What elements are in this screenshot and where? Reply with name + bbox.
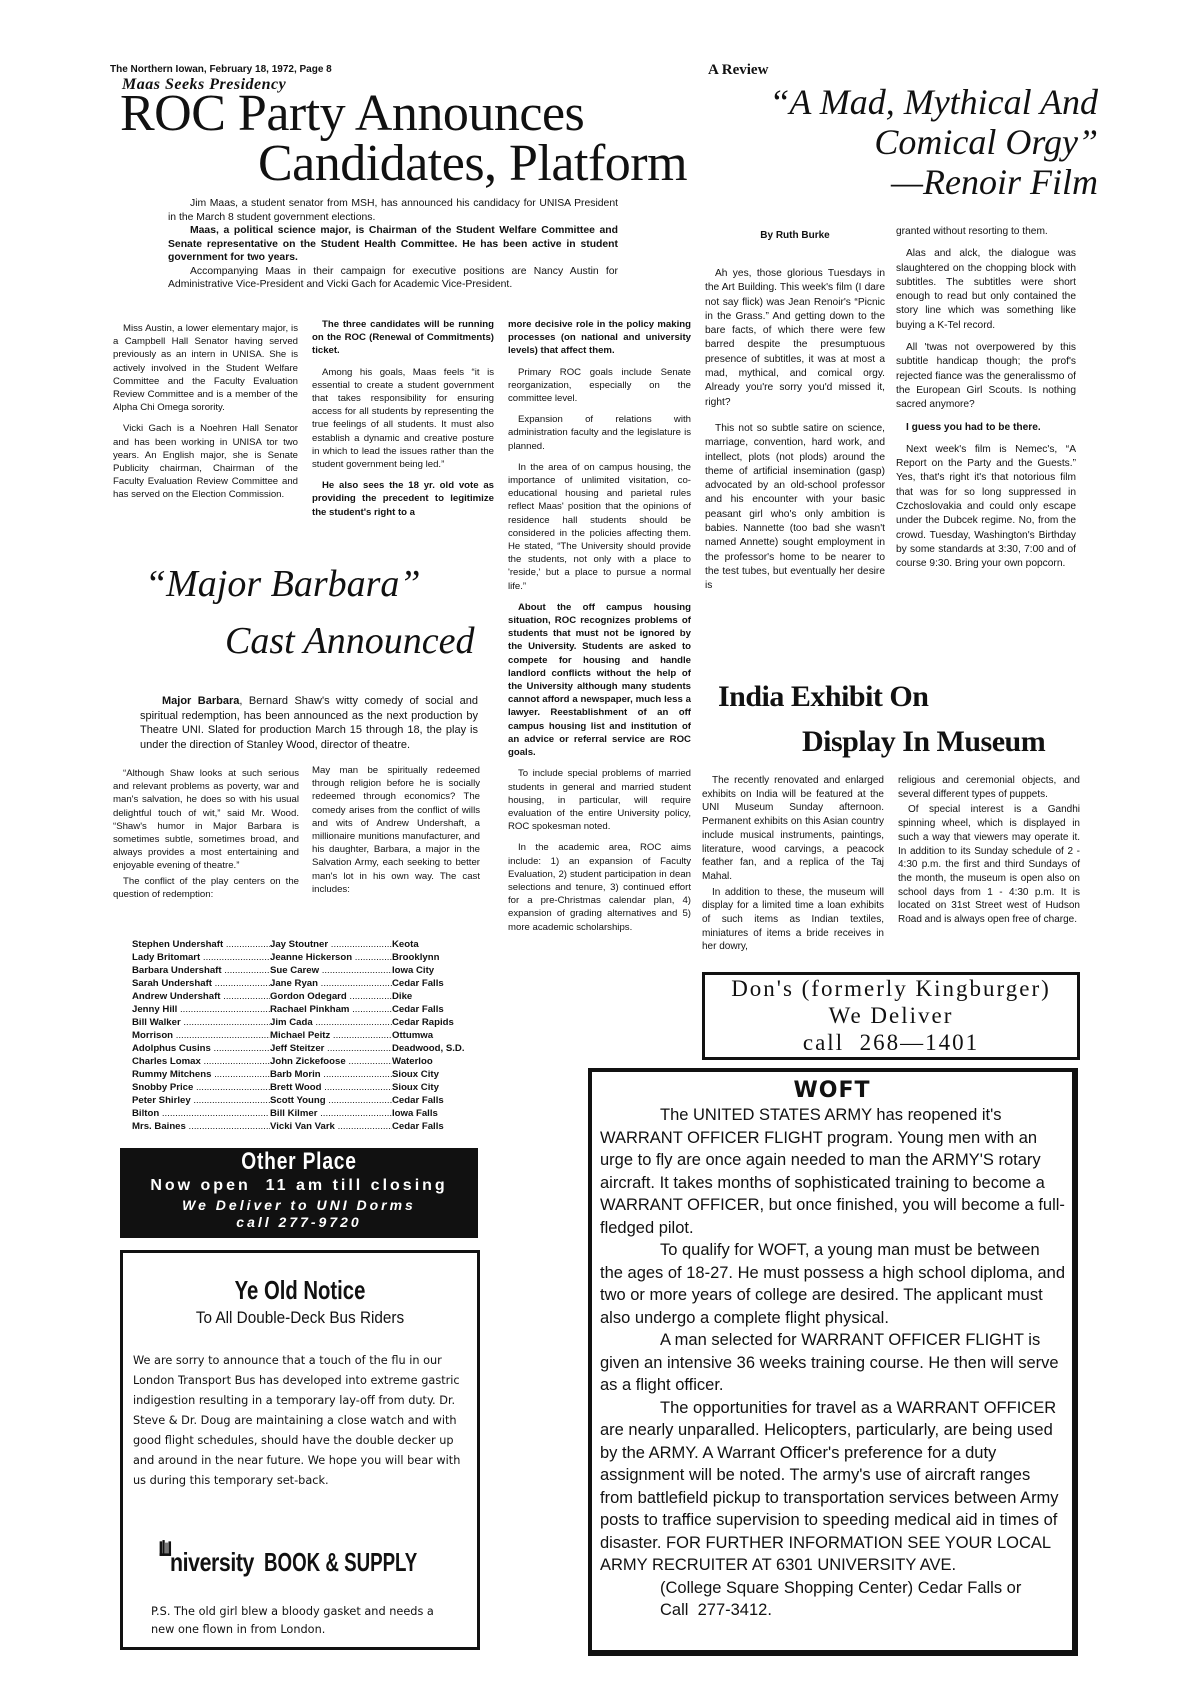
- other-place-delivery: We Deliver to UNI Dorms: [120, 1196, 478, 1214]
- roc-headline-line2: Candidates, Platform: [258, 138, 687, 190]
- roc-lede-p1: Jim Maas, a student senator from MSH, ha…: [168, 197, 618, 224]
- barbara-lede-title: Major Barbara: [162, 695, 239, 707]
- woft-p1: The UNITED STATES ARMY has reopened it's…: [600, 1104, 1066, 1239]
- cast-row: Rummy MitchensBarb MorinSioux City: [132, 1068, 472, 1081]
- review-col2-p1: granted without resorting to them.: [896, 225, 1076, 239]
- barbara-lede: Major Barbara, Bernard Shaw's witty come…: [140, 694, 478, 752]
- notice-body: We are sorry to announce that a touch of…: [133, 1351, 471, 1491]
- barbara-col1-p1: “Although Shaw looks at such serious and…: [113, 767, 299, 873]
- roc-col3-p6: To include special problems of married s…: [508, 767, 691, 833]
- barbara-headline-line2: Cast Announced: [225, 622, 474, 660]
- dons-phone: call 268—1401: [705, 1029, 1077, 1056]
- cast-row: Jenny HillRachael PinkhamCedar Falls: [132, 1003, 472, 1016]
- woft-title: WOFT: [592, 1078, 1072, 1104]
- india-headline-line1: India Exhibit On: [718, 682, 928, 712]
- roc-col3-p2: Primary ROC goals include Senate reorgan…: [508, 366, 691, 406]
- roc-column-1: Miss Austin, a lower elementary major, i…: [113, 322, 298, 510]
- review-column-2: granted without resorting to them. Alas …: [896, 225, 1076, 580]
- dons-ad: Don's (formerly Kingburger) We Deliver c…: [702, 972, 1080, 1060]
- cast-list: Stephen UndershaftJay StoutnerKeota Lady…: [132, 938, 472, 1133]
- ye-old-notice-ad: Ye Old Notice To All Double-Deck Bus Rid…: [120, 1250, 480, 1650]
- roc-col2-p1: The three candidates will be running on …: [312, 318, 494, 358]
- roc-lede: Jim Maas, a student senator from MSH, ha…: [168, 197, 618, 292]
- review-col2-p4: I guess you had to be there.: [896, 421, 1076, 435]
- india-col1-p1: The recently renovated and enlarged exhi…: [702, 774, 884, 884]
- review-headline-line2: Comical Orgy”: [700, 122, 1098, 162]
- review-col1-p1: Ah yes, those glorious Tuesdays in the A…: [705, 267, 885, 410]
- university-book-supply-logo: niversity BOOK & SUPPLY: [159, 1517, 477, 1575]
- woft-p2: To qualify for WOFT, a young man must be…: [600, 1239, 1066, 1329]
- barbara-headline-line1: “Major Barbara”: [145, 565, 421, 603]
- cast-row: Snobby PriceBrett WoodSioux City: [132, 1081, 472, 1094]
- other-place-hours: Now open 11 am till closing: [120, 1176, 478, 1196]
- woft-ad: WOFT The UNITED STATES ARMY has reopened…: [588, 1068, 1078, 1656]
- india-column-2: religious and ceremonial objects, and se…: [898, 774, 1080, 935]
- cast-row: Barbara UndershaftSue CarewIowa City: [132, 964, 472, 977]
- notice-title: Ye Old Notice: [162, 1275, 438, 1305]
- roc-lede-p2: Maas, a political science major, is Chai…: [168, 224, 618, 265]
- logo-book-supply-text: BOOK & SUPPLY: [264, 1549, 417, 1575]
- woft-contact-line1: (College Square Shopping Center) Cedar F…: [600, 1577, 1066, 1600]
- logo-university-text: niversity: [170, 1549, 254, 1575]
- cast-row: BiltonBill KilmerIowa Falls: [132, 1107, 472, 1120]
- woft-body: The UNITED STATES ARMY has reopened it's…: [592, 1104, 1072, 1622]
- other-place-title: Other Place: [156, 1148, 442, 1176]
- notice-ps: P.S. The old girl blew a bloody gasket a…: [151, 1603, 451, 1639]
- barbara-column-2: May man be spiritually redeemed through …: [312, 764, 480, 904]
- roc-col3-p1: more decisive role in the policy making …: [508, 318, 691, 358]
- roc-col2-p2: Among his goals, Maas feels “it is essen…: [312, 366, 494, 472]
- roc-col3-p4: In the area of on campus housing, the im…: [508, 461, 691, 593]
- review-headline-line3: —Renoir Film: [700, 162, 1098, 202]
- roc-col1-p1: Miss Austin, a lower elementary major, i…: [113, 322, 298, 414]
- cast-row: Stephen UndershaftJay StoutnerKeota: [132, 938, 472, 951]
- barbara-col1-p2: The conflict of the play centers on the …: [113, 875, 299, 901]
- review-headline-line1: “A Mad, Mythical And: [700, 82, 1098, 122]
- barbara-col2-p1: May man be spiritually redeemed through …: [312, 764, 480, 896]
- india-col2-p2: Of special interest is a Gandhi spinning…: [898, 803, 1080, 926]
- woft-p4: The opportunities for travel as a WARRAN…: [600, 1397, 1066, 1577]
- review-col1-p2: This not so subtle satire on science, ma…: [705, 422, 885, 594]
- cast-row: Andrew UndershaftGordon OdegardDike: [132, 990, 472, 1003]
- cast-row: MorrisonMichael PeitzOttumwa: [132, 1029, 472, 1042]
- roc-column-3: more decisive role in the policy making …: [508, 318, 691, 942]
- roc-col3-p3: Expansion of relations with administrati…: [508, 413, 691, 453]
- dons-delivery: We Deliver: [705, 1002, 1077, 1029]
- barbara-column-1: “Although Shaw looks at such serious and…: [113, 767, 299, 909]
- review-col2-p3: All 'twas not overpowered by this subtit…: [896, 341, 1076, 412]
- other-place-phone: call 277-9720: [120, 1214, 478, 1230]
- woft-p3: A man selected for WARRANT OFFICER FLIGH…: [600, 1329, 1066, 1397]
- dons-name: Don's (formerly Kingburger): [705, 975, 1077, 1002]
- roc-column-2: The three candidates will be running on …: [312, 318, 494, 527]
- cast-row: Peter ShirleyScott YoungCedar Falls: [132, 1094, 472, 1107]
- india-headline-line2: Display In Museum: [802, 727, 1045, 757]
- roc-lede-p3: Accompanying Maas in their campaign for …: [168, 265, 618, 292]
- review-column-1: Ah yes, those glorious Tuesdays in the A…: [705, 267, 885, 602]
- page-folio: The Northern Iowan, February 18, 1972, P…: [110, 64, 332, 75]
- review-byline: By Ruth Burke: [700, 230, 890, 241]
- india-col1-p2: In addition to these, the museum will di…: [702, 886, 884, 955]
- india-column-1: The recently renovated and enlarged exhi…: [702, 774, 884, 962]
- cast-row: Mrs. BainesVicki Van VarkCedar Falls: [132, 1120, 472, 1133]
- review-kicker: A Review: [708, 62, 768, 79]
- review-col2-p2: Alas and alck, the dialogue was slaughte…: [896, 247, 1076, 333]
- cast-row: Charles LomaxJohn ZickefooseWaterloo: [132, 1055, 472, 1068]
- india-col2-p1: religious and ceremonial objects, and se…: [898, 774, 1080, 801]
- other-place-ad: Other Place Now open 11 am till closing …: [120, 1148, 478, 1238]
- cast-row: Lady BritomartJeanne HickersonBrooklynn: [132, 951, 472, 964]
- roc-headline-line1: ROC Party Announces: [120, 88, 584, 140]
- review-headline: “A Mad, Mythical And Comical Orgy” —Reno…: [700, 82, 1098, 202]
- notice-subtitle: To All Double-Deck Bus Riders: [141, 1307, 460, 1329]
- roc-col3-p5: About the off campus housing situation, …: [508, 601, 691, 759]
- roc-col2-p3: He also sees the 18 yr. old vote as prov…: [312, 479, 494, 519]
- cast-row: Sarah UndershaftJane RyanCedar Falls: [132, 977, 472, 990]
- woft-contact-line2: Call 277-3412.: [600, 1599, 1066, 1622]
- roc-col1-p2: Vicki Gach is a Noehren Hall Senator and…: [113, 422, 298, 501]
- review-col2-p5: Next week's film is Nemec's, “A Report o…: [896, 443, 1076, 572]
- cast-row: Adolphus CusinsJeff SteitzerDeadwood, S.…: [132, 1042, 472, 1055]
- roc-col3-p7: In the academic area, ROC aims include: …: [508, 841, 691, 933]
- cast-row: Bill WalkerJim CadaCedar Rapids: [132, 1016, 472, 1029]
